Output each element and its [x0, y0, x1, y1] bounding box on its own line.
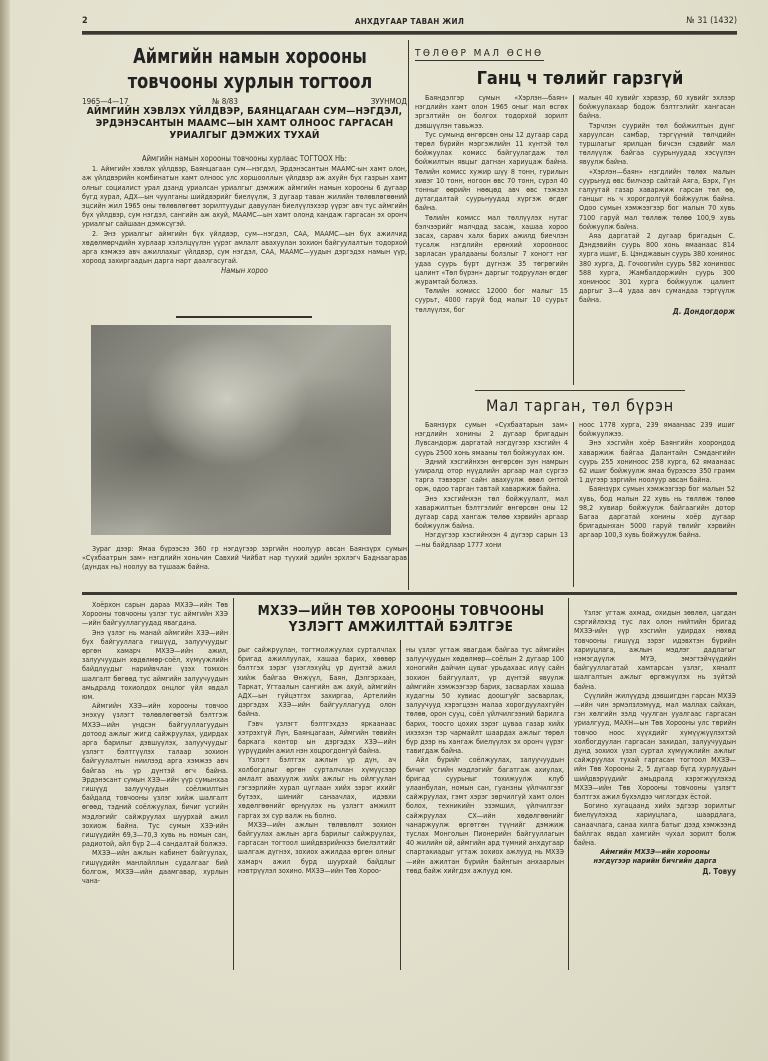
article1-date: 1965—4—17: [82, 97, 128, 106]
section-rubric: ТӨЛӨӨР МАЛ ӨСНӨ: [415, 48, 544, 61]
newspaper-page: 2 АНХДУГААР ТАВАН ЖИЛ № 31 (1432) Аймгий…: [0, 0, 768, 1061]
article4-title: МХЗЭ—ИЙН ТӨВ ХОРООНЫ ТОВЧООНЫ ҮЗЛЭГТ АМЖ…: [236, 603, 566, 635]
article2-signature: Д. Дондогдорж: [579, 307, 735, 316]
article4-column-4: Үзлэг угтаж ахмад, охидын зөвлөл, цагдан…: [574, 608, 736, 876]
paragraph: МХЗЭ—ийн ажлын кабинет байгуулах, гишүүд…: [82, 848, 228, 885]
paragraph: Сүүлийн жилүүдэд дэвшигдэн гарсан МХЗЭ—и…: [574, 691, 736, 801]
photo-caption: Зураг дээр: Ямаа бүрээсээ 360 гр нэгдүгэ…: [82, 544, 407, 572]
article4-signature-name: Д. Товуу: [574, 867, 736, 876]
photo-caption-text: Зураг дээр: Ямаа бүрээсээ 360 гр нэгдүгэ…: [82, 544, 407, 572]
column-rule: [400, 640, 401, 970]
column-rule: [573, 422, 574, 587]
paragraph: Төлийн комисс мал төллүүлэх нутаг бэлчээ…: [415, 213, 568, 287]
paragraph: «Хэрлэн—баян» нэгдлийн төлөх малын суурь…: [579, 167, 735, 231]
article1-number: № 8/83: [212, 97, 238, 106]
article4-signature-title: Аймгийн МХЗЭ—ийн хорооны нэгдүгээр нарий…: [574, 847, 736, 865]
signature-line: нэгдүгээр нарийн бичгийн дарга: [574, 856, 736, 865]
divider: [475, 390, 685, 391]
article1-paragraph: 2. Энэ уриалгыг аймгийн бүх үйлдвэр, сум…: [82, 229, 407, 266]
paragraph: Айл бүрийг соёлжуулах, залуучуудын бичиг…: [406, 755, 564, 875]
paragraph: Богино хугацаанд хийх эдгээр зорилтыг би…: [574, 801, 736, 847]
paragraph: Төлийн комисс 12000 бог малыг 15 суурьт,…: [415, 286, 568, 314]
divider: [176, 316, 312, 318]
article1-lead: Аймгийн намын хорооны товчооны хурлаас Т…: [82, 154, 407, 163]
article2-column-1: Баяндэлгэр сумын «Хэрлэн—баян» нэгдлийн …: [415, 93, 568, 314]
article1-title: Аймгийн намын хорооны товчооны хурлын то…: [109, 44, 391, 94]
paragraph: рыг сайжруулан, тогтмолжуулах сурталчлах…: [238, 645, 396, 719]
page-edge: [0, 0, 10, 1061]
paragraph: Баяндэлгэр сумын «Хэрлэн—баян» нэгдлийн …: [415, 93, 568, 130]
paragraph: Нэгдүгээр хэсгийнхэн 4 дүгээр сарын 13—н…: [415, 530, 568, 548]
column-rule: [233, 598, 234, 970]
issue-number: № 31 (1432): [686, 16, 737, 26]
column-rule: [573, 95, 574, 385]
article2-title: Ганц ч төлийг гарзгүй: [415, 68, 745, 89]
paragraph: Үзлэг угтаж ахмад, охидын зөвлөл, цагдан…: [574, 608, 736, 691]
news-photo: [91, 325, 391, 535]
paragraph: Эдний хэсгийнхэн өнгөрсөн зун намрын ули…: [415, 457, 568, 494]
paragraph: МХЗЭ—ийн ажлын төлөвлөлт зохион байгуула…: [238, 820, 396, 875]
article1-body: Аймгийн намын хорооны товчооны хурлаас Т…: [82, 154, 407, 276]
page-header: 2 АНХДУГААР ТАВАН ЖИЛ № 31 (1432): [82, 16, 737, 30]
paragraph: Тус сумынд өнгөрсөн оны 12 дугаар сард т…: [415, 130, 568, 213]
article1-place: ЗУУНМОД: [371, 97, 407, 106]
paragraph: Аяа даргатай 2 дугаар бригадын С. Дэндэв…: [579, 231, 735, 305]
paragraph: Энэ үзлэг нь манай аймгийн ХЗЭ—ийн бүх б…: [82, 628, 228, 702]
article3-column-1: Баянзүрх сумын «Сүхбаатарын зам» нэгдлий…: [415, 420, 568, 549]
paragraph: Хоёрхон сарын дараа МХЗЭ—ийн Төв Хорооны…: [82, 600, 228, 628]
article1-paragraph: 1. Аймгийн хэвлэх үйлдвэр, Баянцагаан су…: [82, 164, 407, 228]
column-rule: [408, 40, 409, 590]
article4-column-3: ны үзлэг угтаж явагдаж байгаа тус аймгий…: [406, 645, 564, 875]
paragraph: ны үзлэг угтаж явагдаж байгаа тус аймгий…: [406, 645, 564, 755]
column-rule: [568, 598, 569, 970]
article1-subtitle: АЙМГИЙН ХЭВЛЭХ ҮЙЛДВЭР, БАЯНЦАГААН СУМ—Н…: [82, 106, 407, 142]
signature-line: Аймгийн МХЗЭ—ийн хорооны: [574, 847, 736, 856]
article2-column-2: малын 40 хувийг хэрвээр, 60 хувийг эхлээ…: [579, 93, 735, 316]
paragraph: Аймгийн ХЗЭ—ийн хорооны товчоо энэхүү үз…: [82, 701, 228, 848]
article1-signature: Намын хороо: [82, 266, 407, 275]
paragraph: Баянзүрх сумын хэмжээгээр бог малын 52 х…: [579, 484, 735, 539]
article4-column-1: Хоёрхон сарын дараа МХЗЭ—ийн Төв Хорооны…: [82, 600, 228, 885]
paragraph: ноос 1778 хурга, 239 ямаанаас 239 ишиг б…: [579, 420, 735, 438]
section-rule: [82, 592, 737, 595]
paragraph: Баянзүрх сумын «Сүхбаатарын зам» нэгдлий…: [415, 420, 568, 457]
paragraph: Үзлэгт бэлтгэх ажлын үр дүн, ач холбогдл…: [238, 755, 396, 819]
article3-column-2: ноос 1778 хурга, 239 ямаанаас 239 ишиг б…: [579, 420, 735, 540]
paragraph: Тэрчлэн суурийн төл бойжилтын дүнг харуу…: [579, 121, 735, 167]
paragraph: Энэ хэсгийнхэн төл бойжуулалт, мал хавар…: [415, 494, 568, 531]
article3-title: Мал тарган, төл бүрэн: [415, 396, 745, 415]
paragraph: Гэвч үзлэгт бэлтгэхдээ яркаанаас хэтрэхг…: [238, 719, 396, 756]
header-rule: [82, 31, 737, 35]
paper-name: АНХДУГААР ТАВАН ЖИЛ: [82, 17, 737, 26]
paragraph: малын 40 хувийг хэрвээр, 60 хувийг эхлээ…: [579, 93, 735, 121]
paragraph: Энэ хэсгийн хоёр Баянгийн хоорондод хава…: [579, 438, 735, 484]
article4-column-2: рыг сайжруулан, тогтмолжуулах сурталчлах…: [238, 645, 396, 875]
